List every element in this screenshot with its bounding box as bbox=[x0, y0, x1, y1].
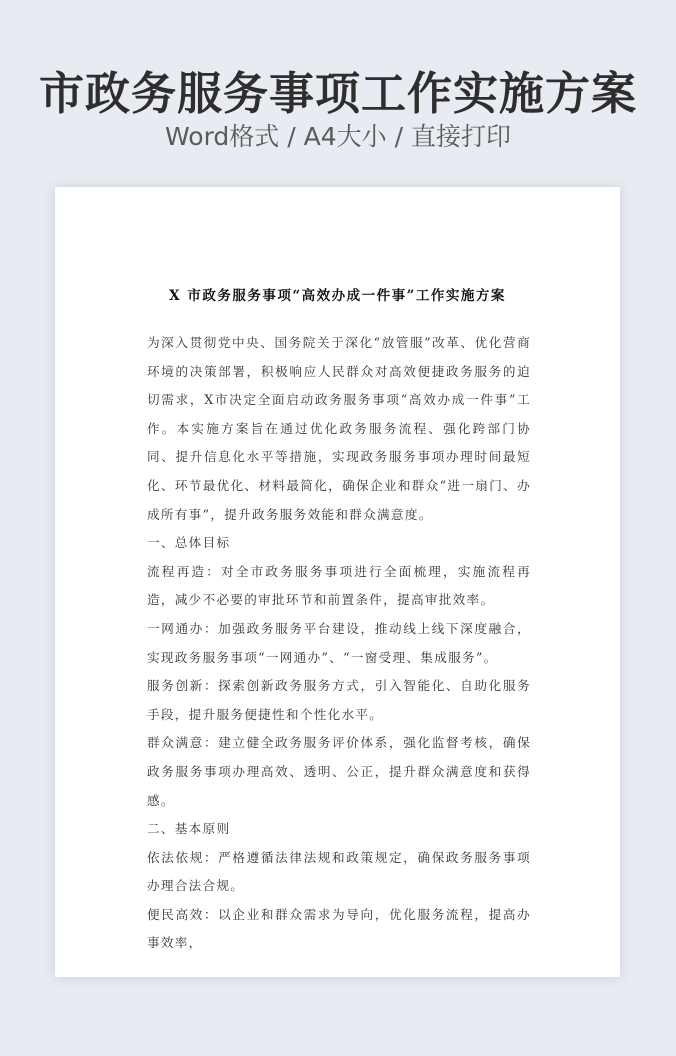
intro-paragraph: 为深入贯彻党中央、国务院关于深化“放管服”改革、优化营商环境的决策部署，积极响应… bbox=[147, 329, 531, 529]
document-body: 为深入贯彻党中央、国务院关于深化“放管服”改革、优化营商环境的决策部署，积极响应… bbox=[147, 329, 531, 958]
goal-one-network: 一网通办：加强政务服务平台建设，推动线上线下深度融合，实现政务服务事项“一网通办… bbox=[147, 615, 531, 672]
goal-process-reengineering: 流程再造：对全市政务服务事项进行全面梳理，实施流程再造，减少不必要的审批环节和前… bbox=[147, 558, 531, 615]
section-heading-basic-principles: 二、基本原则 bbox=[147, 815, 531, 844]
goal-public-satisfaction: 群众满意：建立健全政务服务评价体系，强化监督考核，确保政务服务事项办理高效、透明… bbox=[147, 729, 531, 815]
section-heading-overall-goals: 一、总体目标 bbox=[147, 529, 531, 558]
principle-lawful: 依法依规：严格遵循法律法规和政策规定，确保政务服务事项办理合法合规。 bbox=[147, 844, 531, 901]
document-page-preview: X 市政务服务事项“高效办成一件事”工作实施方案 为深入贯彻党中央、国务院关于深… bbox=[55, 187, 620, 977]
principle-convenient-efficient: 便民高效：以企业和群众需求为导向，优化服务流程，提高办事效率， bbox=[147, 901, 531, 958]
document-title: X 市政务服务事项“高效办成一件事”工作实施方案 bbox=[55, 284, 620, 304]
goal-service-innovation: 服务创新：探索创新政务服务方式，引入智能化、自助化服务手段，提升服务便捷性和个性… bbox=[147, 672, 531, 729]
main-title: 市政务服务事项工作实施方案 bbox=[0, 66, 676, 122]
subtitle: Word格式 / A4大小 / 直接打印 bbox=[0, 120, 676, 154]
